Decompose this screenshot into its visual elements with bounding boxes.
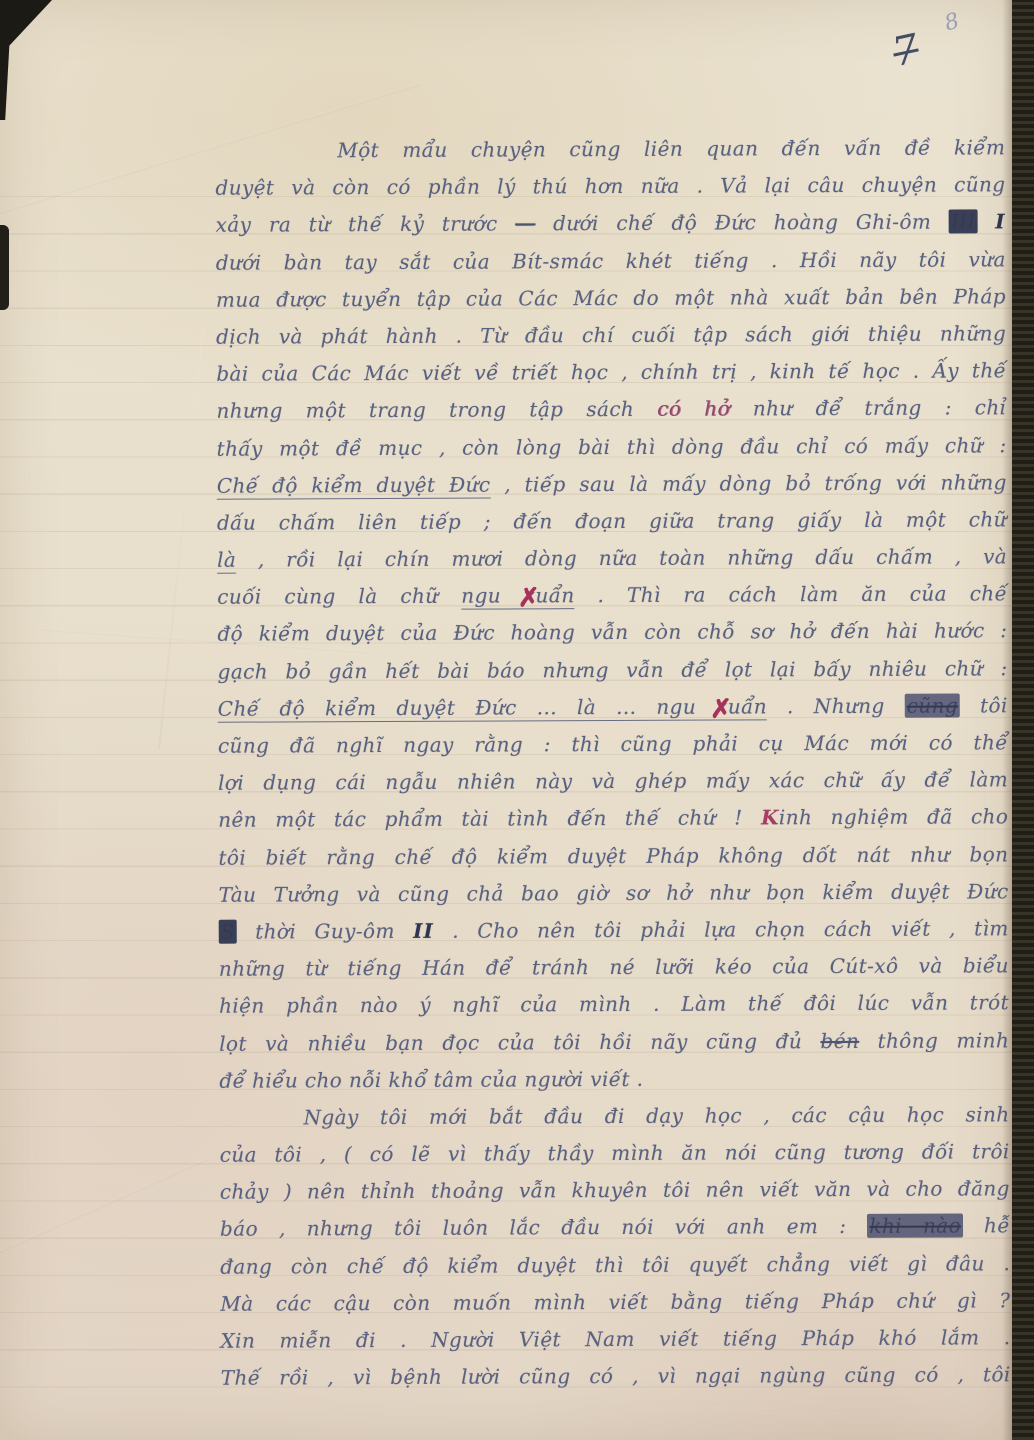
text-segment: lợi dụng cái ngẫu nhiên này và ghép mấy … — [218, 767, 1008, 794]
manuscript-line: duyệt và còn có phần lý thú hơn nữa . Vả… — [215, 166, 1005, 207]
red-x-mark: ✗ — [518, 586, 540, 612]
paper-edge-notch — [0, 225, 9, 310]
text-segment: . Nhưng — [767, 694, 905, 719]
scan-edge-right — [1012, 0, 1034, 1440]
manuscript-line: đang còn chế độ kiểm duyệt thì tôi quyết… — [220, 1245, 1010, 1286]
paper-crease — [158, 331, 204, 749]
manuscript-line: dịch và phát hành . Từ đầu chí cuối tập … — [216, 315, 1006, 356]
manuscript-line: S thời Guy-ôm II . Cho nên tôi phải lựa … — [219, 910, 1009, 951]
manuscript-line: dấu chấm liên tiếp ; đến đoạn giữa trang… — [217, 501, 1007, 542]
manuscript-line: cũng đã nghĩ ngay rằng : thì cũng phải c… — [218, 724, 1008, 765]
manuscript-line: lợi dụng cái ngẫu nhiên này và ghép mấy … — [218, 761, 1008, 802]
manuscript-line: gạch bỏ gần hết bài báo nhưng vẫn để lọt… — [218, 650, 1008, 691]
text-segment: dấu chấm liên tiếp ; đến đoạn giữa trang… — [217, 507, 1007, 534]
text-segment: của tôi , ( có lẽ vì thấy thầy mình ăn n… — [220, 1139, 1010, 1166]
text-segment: cũng đã nghĩ ngay rằng : thì cũng phải c… — [218, 730, 1008, 757]
manuscript-line: Thế rồi , vì bệnh lười cũng có , vì ngại… — [221, 1356, 1011, 1397]
text-segment-u: Chế độ kiểm duyệt Đức — [217, 472, 491, 499]
text-segment-blk: III — [949, 210, 978, 234]
text-segment — [978, 210, 996, 234]
text-segment: nên một tác phẩm tài tình đến thế chứ ! — [218, 806, 761, 832]
text-segment-blk: S — [219, 920, 237, 944]
text-segment: tôi biết rằng chế độ kiểm duyệt Pháp khô… — [218, 842, 1008, 869]
manuscript-line: nên một tác phẩm tài tình đến thế chứ ! … — [218, 799, 1008, 840]
manuscript-line: của tôi , ( có lẽ vì thấy thầy mình ăn n… — [220, 1133, 1010, 1174]
text-segment-u: uẩn — [535, 583, 574, 609]
text-segment-corr: có hở — [657, 397, 730, 421]
manuscript-line: là , rồi lại chín mươi dòng nữa toàn nhữ… — [217, 538, 1007, 579]
manuscript-line: xảy ra từ thế kỷ trước — dưới chế độ Đức… — [216, 204, 1006, 245]
manuscript-line: báo , nhưng tôi luôn lắc đầu nói với anh… — [220, 1208, 1010, 1249]
text-segment: tôi — [960, 693, 1008, 717]
manuscript-line: Một mẩu chuyện cũng liên quan đến vấn đề… — [215, 129, 1005, 170]
text-segment: những từ tiếng Hán để tránh né lưỡi kéo … — [219, 953, 1009, 980]
manuscript-line: Tàu Tưởng và cũng chả bao giờ sơ hở như … — [218, 873, 1008, 914]
manuscript-paper: 7 8 Một mẩu chuyện cũng liên quan đến vấ… — [0, 0, 1014, 1440]
red-x-mark: ✗ — [710, 696, 732, 722]
text-segment-x: bén — [820, 1028, 859, 1052]
text-segment: Xin miễn đi . Người Việt Nam viết tiếng … — [220, 1325, 1010, 1352]
text-segment-blkx: cũng — [905, 693, 960, 717]
text-segment: lọt và nhiều bạn đọc của tôi hồi nãy cũn… — [219, 1029, 820, 1056]
text-segment: bài của Các Mác viết về triết học , chín… — [216, 358, 1006, 385]
text-segment: Mà các cậu còn muốn mình viết bằng tiếng… — [220, 1288, 1010, 1315]
text-segment: dịch và phát hành . Từ đầu chí cuối tập … — [216, 321, 1006, 348]
manuscript-line: nhưng một trang trong tập sách có hở như… — [216, 390, 1006, 431]
text-segment: để hiểu cho nỗi khổ tâm của người viết . — [219, 1067, 643, 1093]
text-segment-u: Chế độ kiểm duyệt Đức ... là ... ngu — [218, 694, 716, 722]
text-segment-uredx: x✗ — [716, 694, 728, 720]
text-segment: . Thì ra cách làm ăn của chế — [575, 582, 1008, 608]
text-segment: inh nghiệm đã cho — [779, 805, 1008, 830]
manuscript-line: hiện phần nào ý nghĩ của mình . Làm thế … — [219, 985, 1009, 1026]
text-segment: báo , nhưng tôi luôn lắc đầu nói với anh… — [220, 1214, 867, 1241]
text-segment: đang còn chế độ kiểm duyệt thì tôi quyết… — [220, 1251, 1010, 1278]
text-segment: cuối cùng là chữ — [217, 584, 461, 609]
text-segment-red: K — [761, 806, 779, 830]
text-segment: nhưng một trang trong tập sách — [216, 397, 657, 423]
text-segment: xảy ra từ thế kỷ trước — [216, 212, 516, 237]
text-segment-uredx: x✗ — [524, 584, 536, 610]
manuscript-line: Chế độ kiểm duyệt Đức ... là ... ngu x✗u… — [218, 687, 1008, 728]
text-segment-u: là — [217, 548, 236, 574]
text-segment: dưới chế độ Đức hoàng Ghi-ôm — [535, 210, 948, 236]
text-segment-u: ngu — [461, 584, 524, 610]
text-segment: mua được tuyển tập của Các Mác do một nh… — [216, 284, 1006, 311]
text-segment: hiện phần nào ý nghĩ của mình . Làm thế … — [219, 991, 1009, 1018]
text-segment: thông minh — [859, 1028, 1009, 1053]
text-segment: gạch bỏ gần hết bài báo nhưng vẫn để lọt… — [218, 656, 1008, 683]
text-segment: , tiếp sau là mấy dòng bỏ trống với nhữn… — [490, 470, 1006, 496]
manuscript-line: bài của Các Mác viết về triết học , chín… — [216, 352, 1006, 393]
manuscript-line: cuối cùng là chữ ngu x✗uẩn . Thì ra cách… — [217, 576, 1007, 617]
manuscript-line: dưới bàn tay sắt của Bít-smác khét tiếng… — [216, 241, 1006, 282]
manuscript-line: Chế độ kiểm duyệt Đức , tiếp sau là mấy … — [217, 464, 1007, 505]
page-number-superscript: 8 — [942, 9, 962, 37]
text-segment: thời Guy-ôm — [237, 919, 413, 944]
text-segment: độ kiểm duyệt của Đức hoàng vẫn còn chỗ … — [217, 619, 1007, 646]
manuscript-line: Ngày tôi mới bắt đầu đi dạy học , các cậ… — [219, 1096, 1009, 1137]
text-segment-u: uẩn — [728, 694, 767, 720]
text-segment: dưới bàn tay sắt của Bít-smác khét tiếng… — [216, 247, 1006, 274]
manuscript-line: Mà các cậu còn muốn mình viết bằng tiếng… — [220, 1282, 1010, 1323]
text-segment-b: II — [413, 919, 434, 943]
text-segment: Một mẩu chuyện cũng liên quan đến vấn đề… — [337, 135, 1005, 162]
manuscript-line: chảy ) nên thỉnh thoảng vẫn khuyên tôi n… — [220, 1171, 1010, 1212]
text-segment: Tàu Tưởng và cũng chả bao giờ sơ hở như … — [219, 879, 1009, 906]
manuscript-line: lọt và nhiều bạn đọc của tôi hồi nãy cũn… — [219, 1022, 1009, 1063]
paper-crease — [0, 1157, 209, 1265]
manuscript-line: mua được tuyển tập của Các Mác do một nh… — [216, 278, 1006, 319]
text-segment-x: — — [515, 212, 536, 236]
manuscript-line: để hiểu cho nỗi khổ tâm của người viết . — [219, 1059, 1009, 1100]
manuscript-line: độ kiểm duyệt của Đức hoàng vẫn còn chỗ … — [217, 613, 1007, 654]
manuscript-text: Một mẩu chuyện cũng liên quan đến vấn đề… — [215, 129, 1011, 1397]
text-segment-blkx: khi nào — [867, 1214, 963, 1238]
manuscript-line: Xin miễn đi . Người Việt Nam viết tiếng … — [220, 1319, 1010, 1360]
text-segment: duyệt và còn có phần lý thú hơn nữa . Vả… — [215, 172, 1005, 199]
manuscript-line: những từ tiếng Hán để tránh né lưỡi kéo … — [219, 947, 1009, 988]
manuscript-line: thấy một đề mục , còn lòng bài thì dòng … — [217, 427, 1007, 468]
text-segment: . Cho nên tôi phải lựa chọn cách viết , … — [434, 916, 1009, 943]
text-segment: Ngày tôi mới bắt đầu đi dạy học , các cậ… — [303, 1102, 1009, 1129]
text-segment: chảy ) nên thỉnh thoảng vẫn khuyên tôi n… — [220, 1177, 1010, 1204]
text-segment: , rồi lại chín mươi dòng nữa toàn những … — [236, 544, 1007, 571]
text-segment: Thế rồi , vì bệnh lười cũng có , vì ngại… — [221, 1362, 1011, 1389]
text-segment: thấy một đề mục , còn lòng bài thì dòng … — [217, 433, 1007, 460]
manuscript-line: tôi biết rằng chế độ kiểm duyệt Pháp khô… — [218, 836, 1008, 877]
text-segment: như để trắng : chỉ — [730, 396, 1007, 421]
page-number: 7 — [888, 26, 922, 76]
